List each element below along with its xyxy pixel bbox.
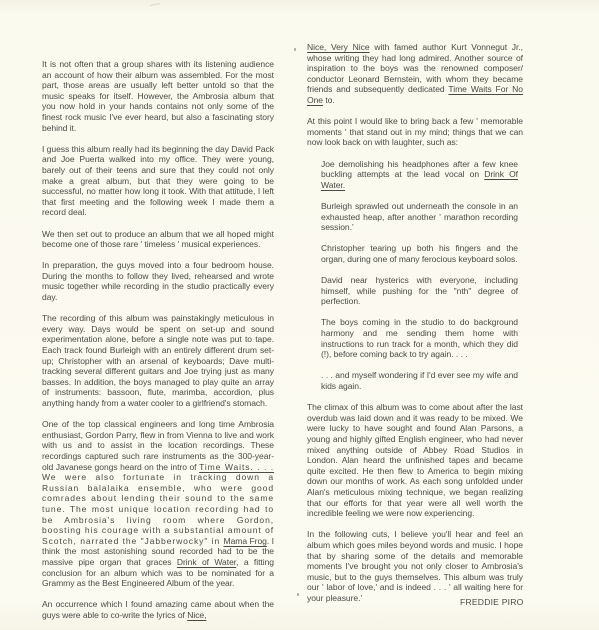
moment-item-christopher: Christopher tearing up both his fingers … (321, 243, 518, 264)
moment-item-joe: Joe demolishing his headphones after a f… (321, 159, 518, 191)
paragraph-closing: In the following cuts, I believe you'll … (307, 529, 523, 603)
moment-item-david: David near hysterics with everyone, incl… (321, 275, 518, 307)
moment-item-wife-and-kids: . . . and myself wondering if I'd ever s… (321, 370, 518, 391)
moment-item-background-harmony: The boys coming in the studio to do back… (321, 317, 518, 359)
paragraph-climax: The climax of this album was to come abo… (307, 402, 523, 519)
paragraph-preparation: In preparation, the guys moved into a fo… (42, 260, 274, 302)
right-column: Nice, Very Nice with famed author Kurt V… (307, 42, 523, 614)
paragraph-memorable-moments: At this point I would like to bring back… (307, 116, 523, 148)
paper-crease (150, 3, 160, 6)
moments-list: Joe demolishing his headphones after a f… (321, 159, 518, 392)
paragraph-occurrence: An occurrence which I found amazing came… (42, 599, 274, 620)
print-speck (294, 48, 296, 51)
text-run: An occurrence which I found amazing came… (42, 599, 274, 620)
author-signature: FREDDIE PIRO (460, 597, 524, 607)
song-title-nice: Nice, (187, 610, 206, 620)
paragraph-intro: It is not often that a group shares with… (42, 59, 274, 133)
text-run: We were also fortunate in tracking down … (42, 472, 274, 546)
paragraph-vonnegut: Nice, Very Nice with famed author Kurt V… (307, 42, 523, 106)
song-title-time-waits: Time Waits. . . . (199, 462, 274, 472)
left-column: It is not often that a group shares with… (42, 59, 274, 630)
print-speck (297, 593, 299, 596)
moment-item-burleigh: Burleigh sprawled out underneath the con… (321, 201, 518, 233)
paragraph-engineers: One of the top classical engineers and l… (42, 419, 274, 589)
song-title-mama-frog: Mama Frog (224, 536, 267, 546)
song-title-nice-very-nice: Nice, Very Nice (307, 42, 370, 52)
paragraph-recording: The recording of this album was painstak… (42, 313, 274, 408)
text-run: to. (323, 95, 335, 105)
paragraph-beginning: I guess this album really had its beginn… (42, 144, 274, 218)
song-title-drink-of-water: Drink of Water (177, 557, 236, 567)
paragraph-timeless: We then set out to produce an album that… (42, 229, 274, 250)
